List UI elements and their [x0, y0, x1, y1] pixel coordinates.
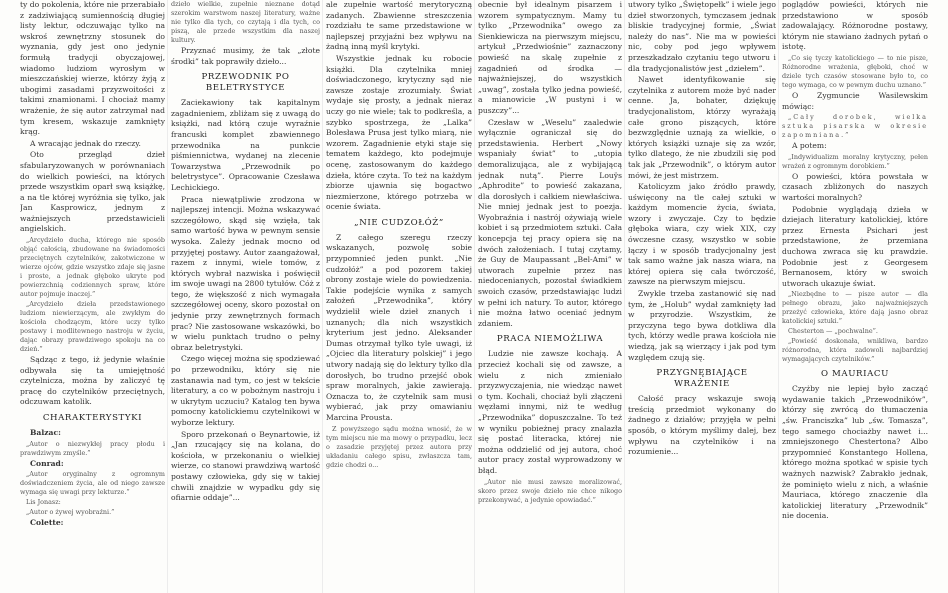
quoted-paragraph: „Autor nie musi zawsze moralizować, skor…	[478, 478, 622, 505]
column-4: obecnie był idealnym pisarzem i wzorem s…	[478, 0, 622, 593]
article-paragraph: Czyżby nie lepiej było zacząć wydawanie …	[782, 384, 928, 522]
quoted-paragraph: „Indywidualizm moralny krytyczny, pełen …	[782, 153, 928, 171]
article-paragraph: Podobnie wyglądają dzieła w dziejach lit…	[782, 205, 928, 290]
column-6: poglądów powieści, których nie przedstaw…	[782, 0, 928, 593]
article-heading: PRZEWODNIK PO BELETRYSTYCE	[171, 72, 320, 94]
article-paragraph: Katolicyzm jako źródło prawdy, uświęcony…	[628, 182, 776, 288]
article-paragraph: Całość pracy wskazuje swoją treścią prze…	[628, 394, 776, 458]
column-5: utwory tylko „Świętopełk” i wiele jego d…	[628, 0, 776, 593]
quoted-paragraph: „Autor o niezwykłej pracy płodu i prawdz…	[20, 440, 165, 458]
article-paragraph: Sporo przekonań o Beynartowie, iż „Jan r…	[171, 430, 320, 504]
quoted-paragraph: „Arcydzieło ducha, którego nie sposób ob…	[20, 236, 165, 299]
column-divider	[322, 0, 323, 593]
article-paragraph: ty do pokolenia, które nie przerabiało z…	[20, 0, 165, 138]
article-heading: O MAURIACU	[782, 369, 928, 380]
article-paragraph: utwory tylko „Świętopełk” i wiele jego d…	[628, 0, 776, 74]
article-paragraph: Wszystkie jednak ku robocie książki. Dla…	[326, 54, 472, 213]
article-paragraph: Nawet identyfikowanie się czytelnika z a…	[628, 75, 776, 181]
quoted-paragraph: „Autor o żywej wyobraźni.”	[20, 508, 165, 517]
quoted-paragraph: „Autor oryginalny z ogromnym doświadczen…	[20, 470, 165, 497]
article-paragraph: Sądząc z tego, iż jedynie właśnie odbywa…	[20, 355, 165, 408]
article-paragraph: Conrad:	[20, 459, 165, 470]
column-divider	[778, 0, 779, 593]
article-paragraph: A potem:	[782, 141, 928, 152]
quoted-paragraph: „Powieść doskonała, wnikliwa, bardzo róż…	[782, 337, 928, 364]
article-paragraph: Balzac:	[20, 428, 165, 439]
article-paragraph: Oto przegląd dzieł sfabularyzowanych w p…	[20, 150, 165, 235]
quoted-paragraph: „Co się tyczy katolickiego — to nie pisz…	[782, 54, 928, 90]
article-heading: CHARAKTERYSTYKI	[20, 413, 165, 424]
article-paragraph: Przyznać musimy, że tak „złote środki” t…	[171, 46, 320, 67]
article-paragraph: obecnie był idealnym pisarzem i wzorem s…	[478, 0, 622, 117]
quoted-paragraph: „Niezbędne to — pisze autor — dla pełneg…	[782, 290, 928, 326]
column-1: ty do pokolenia, które nie przerabiało z…	[20, 0, 165, 593]
column-3: ale zupełnie wartość merytoryczną zadany…	[326, 0, 472, 593]
article-heading: PRZYGNĘBIAJĄCE WRAŻENIE	[628, 368, 776, 390]
article-heading: „NIE CUDZOŁÓŻ”	[326, 218, 472, 229]
quoted-paragraph: „Cały dorobek, wielka sztuka pisarska w …	[782, 113, 928, 140]
article-paragraph: Zaciekawiony tak kapitalnym zagadnieniem…	[171, 98, 320, 193]
column-divider	[474, 0, 475, 593]
quoted-paragraph: Lis Jonasz:	[20, 498, 165, 507]
quoted-paragraph: dzieło wielkie, zupełnie nieznane dotąd …	[171, 0, 320, 45]
newspaper-page: ty do pokolenia, które nie przerabiało z…	[0, 0, 948, 593]
article-paragraph: Zwykle trzeba zastanowić się nad tym, że…	[628, 289, 776, 363]
article-paragraph: Ludzie nie zawsze kochają. A przecież ko…	[478, 349, 622, 476]
article-paragraph: Praca niewątpliwie zrodzona w najlepszej…	[171, 195, 320, 354]
article-paragraph: O powieści, która powstała w czasach zbl…	[782, 172, 928, 204]
article-paragraph: Z całego szeregu rzeczy wskazanych, pozw…	[326, 233, 472, 424]
column-divider	[167, 0, 168, 593]
article-paragraph: O Zygmuncie Wasilewskim mówiąc:	[782, 91, 928, 112]
article-paragraph: A wracając jednak do rzeczy.	[20, 139, 165, 150]
article-paragraph: ale zupełnie wartość merytoryczną zadany…	[326, 0, 472, 53]
quoted-paragraph: Chesterton — „pochwalne”.	[782, 327, 928, 336]
quoted-paragraph: Z powyższego sądu można wnosić, że w tym…	[326, 425, 472, 470]
article-heading: PRACA NIEMOŻLIWA	[478, 334, 622, 345]
article-paragraph: Czego więcej można się spodziewać po prz…	[171, 354, 320, 428]
article-paragraph: poglądów powieści, których nie przedstaw…	[782, 0, 928, 53]
quoted-paragraph: „Arcydzieło dzieła przedstawionego ludzi…	[20, 300, 165, 354]
article-paragraph: Czesław w „Weselu” zaaledwie wyłącznie o…	[478, 118, 622, 330]
column-divider	[624, 0, 625, 593]
column-2: dzieło wielkie, zupełnie nieznane dotąd …	[171, 0, 320, 593]
article-paragraph: Colette:	[20, 518, 165, 529]
